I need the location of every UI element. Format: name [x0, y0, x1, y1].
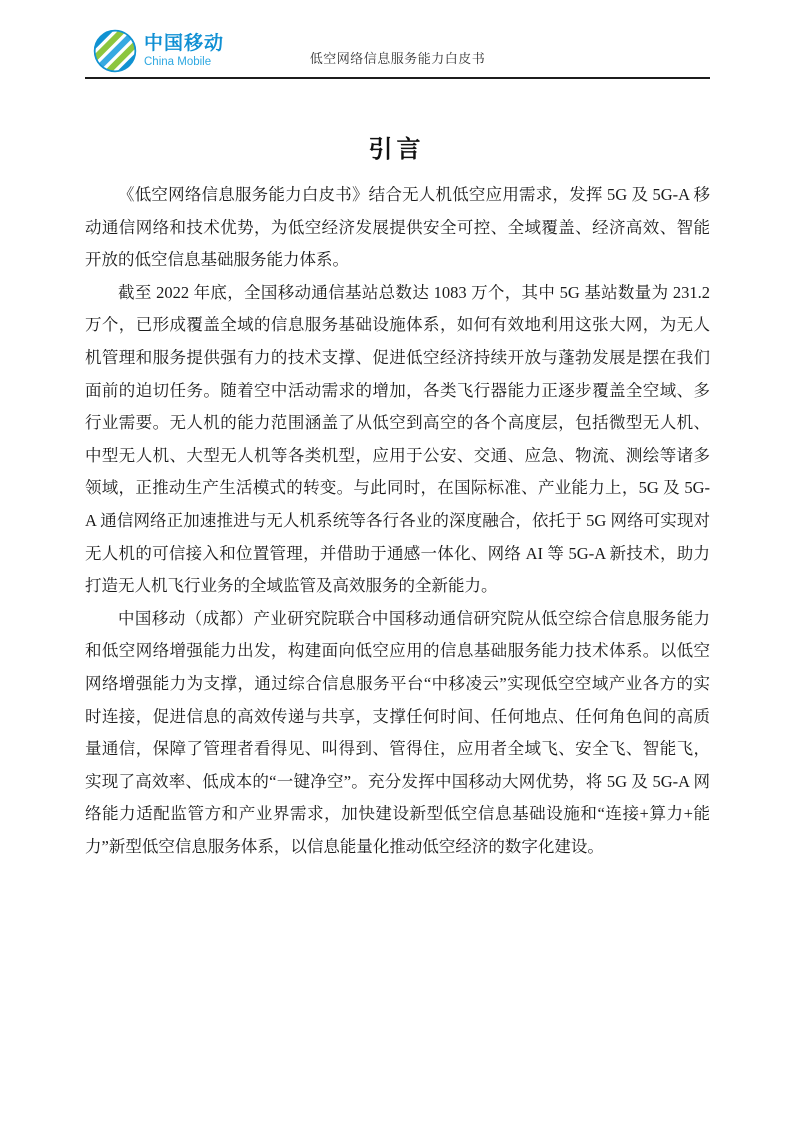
- page-title: 引言: [0, 129, 793, 164]
- body-paragraph: 《低空网络信息服务能力白皮书》结合无人机低空应用需求，发挥 5G 及 5G-A …: [85, 179, 710, 277]
- body-paragraph: 中国移动（成都）产业研究院联合中国移动通信研究院从低空综合信息服务能力和低空网络…: [85, 603, 710, 864]
- header-doc-title: 低空网络信息服务能力白皮书: [85, 48, 710, 67]
- body-paragraph: 截至 2022 年底，全国移动通信基站总数达 1083 万个，其中 5G 基站数…: [85, 277, 710, 603]
- document-page: 中国移动 China Mobile 低空网络信息服务能力白皮书 引言 《低空网络…: [0, 0, 793, 1122]
- document-body: 《低空网络信息服务能力白皮书》结合无人机低空应用需求，发挥 5G 及 5G-A …: [85, 179, 710, 863]
- page-header: 中国移动 China Mobile 低空网络信息服务能力白皮书: [85, 0, 710, 79]
